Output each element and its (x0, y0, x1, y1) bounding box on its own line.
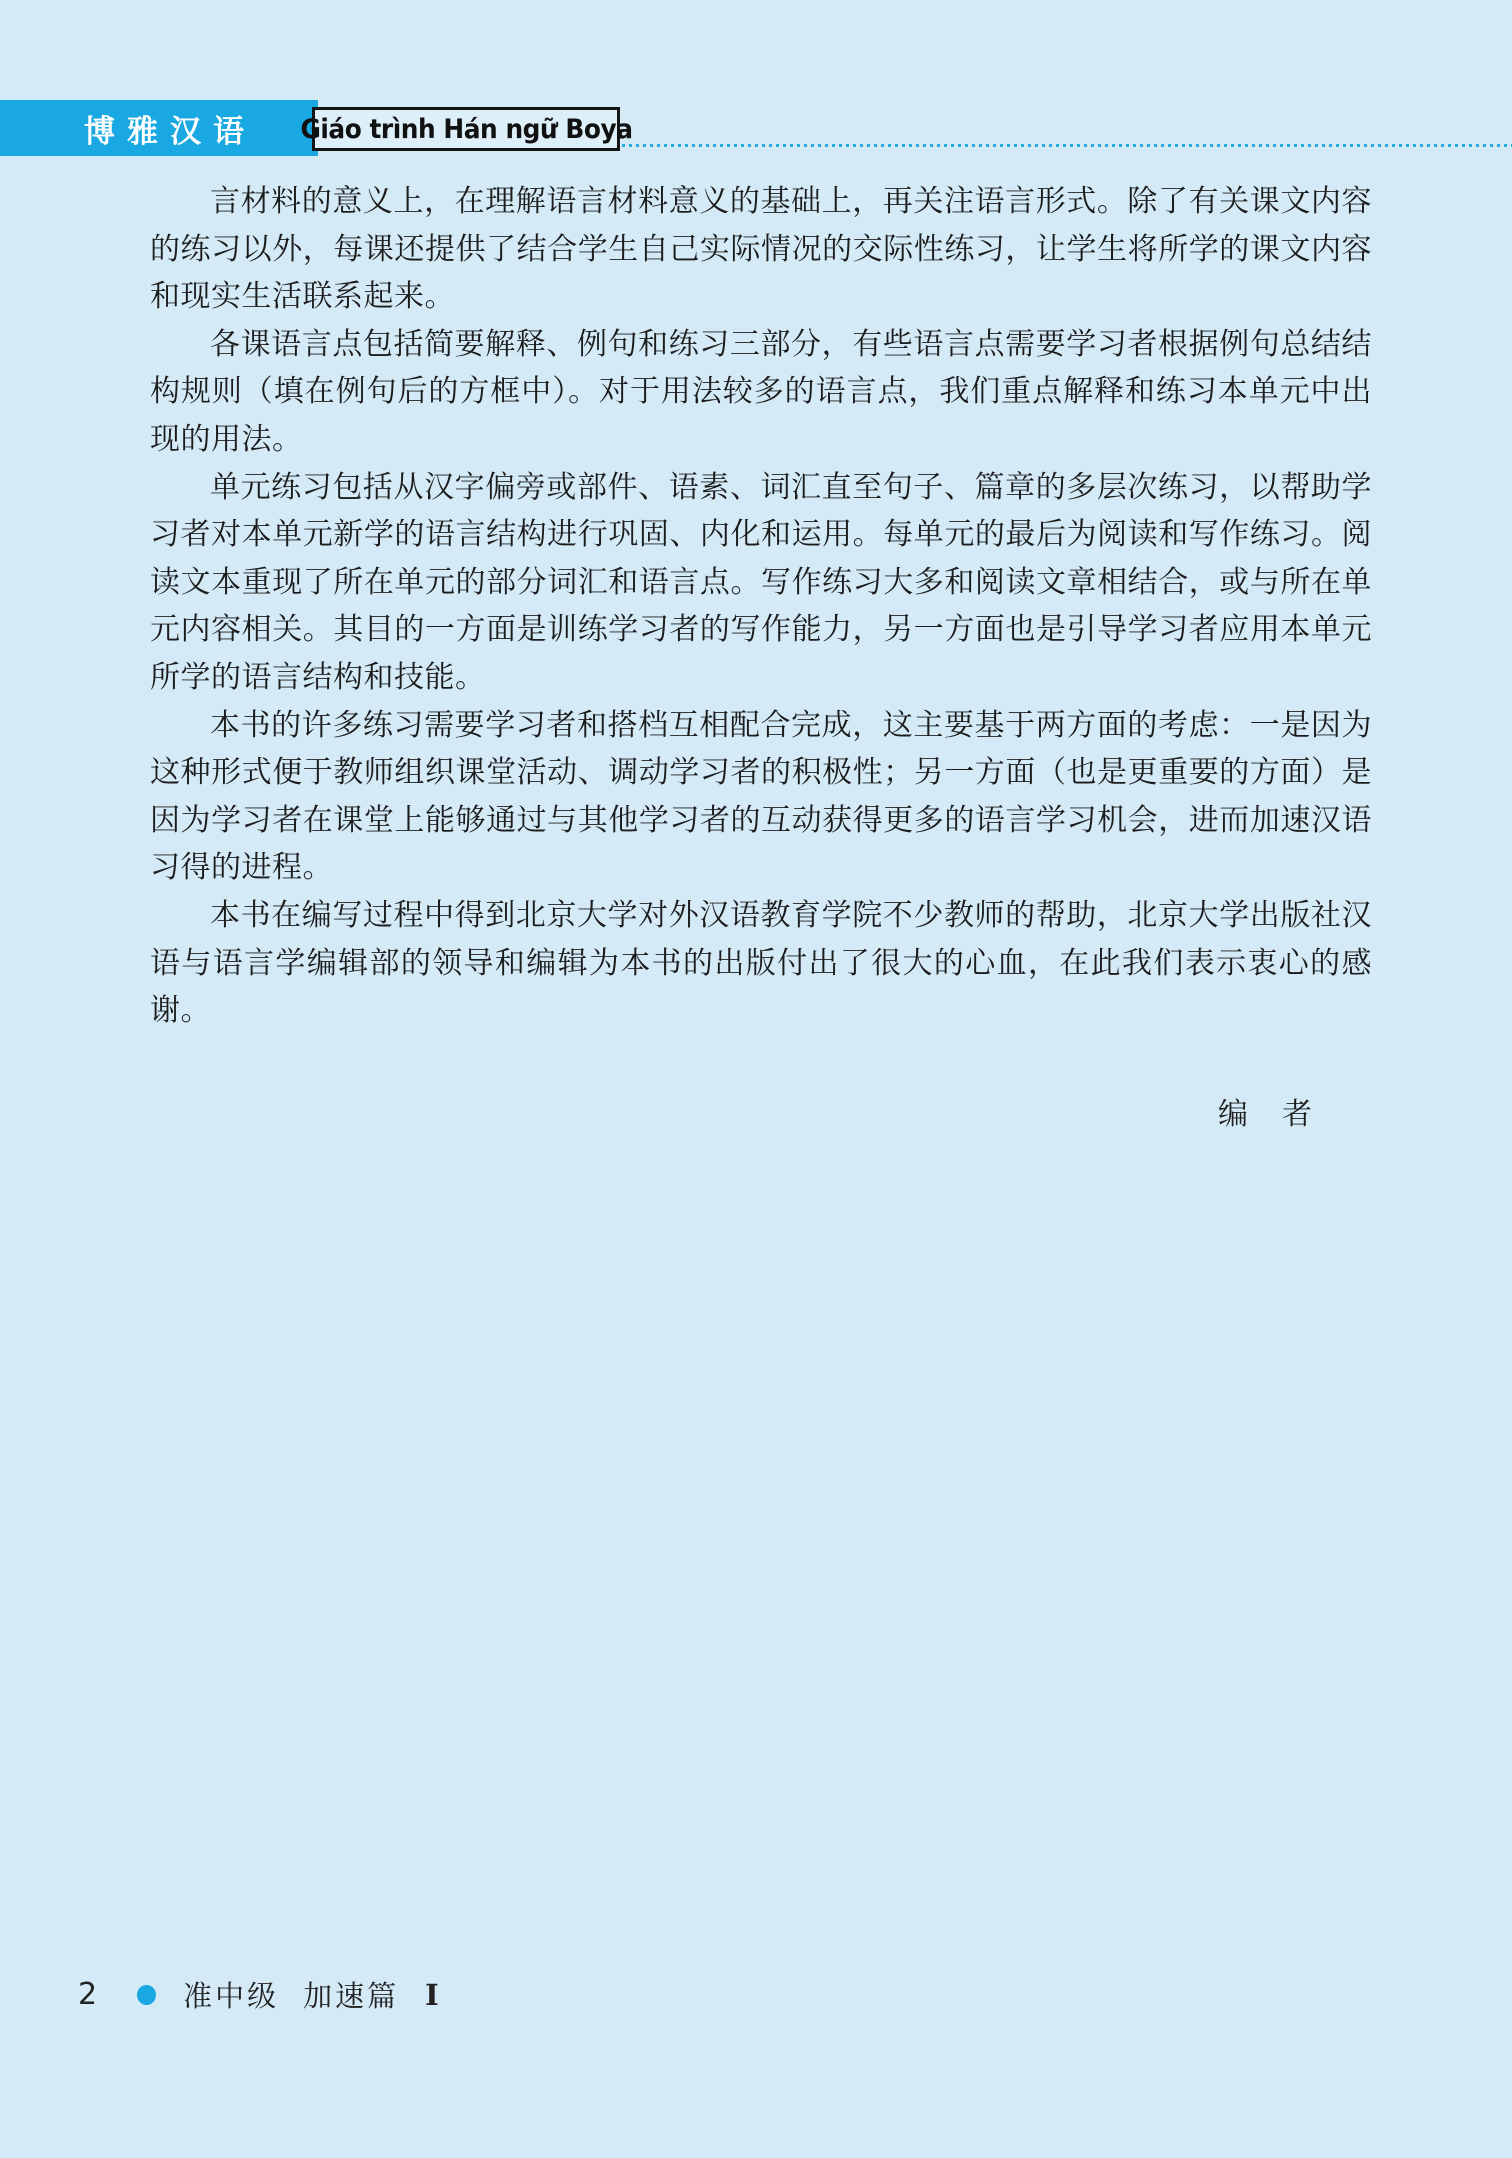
brand-label: 博雅汉语 (62, 106, 256, 151)
preface-paragraph: 单元练习包括从汉字偏旁或部件、语素、词汇直至句子、篇章的多层次练习，以帮助学习者… (150, 464, 1372, 702)
editor-signature: 编 者 (150, 1091, 1372, 1139)
preface-paragraph: 各课语言点包括简要解释、例句和练习三部分，有些语言点需要学习者根据例句总结结构规… (150, 321, 1372, 464)
bullet-dot-icon (137, 1985, 156, 2005)
series-title-box: Giáo trình Hán ngữ Boya (312, 107, 620, 151)
page-footer: 2 准中级 加速篇 I (78, 1974, 439, 2015)
preface-paragraph: 本书在编写过程中得到北京大学对外汉语教育学院不少教师的帮助，北京大学出版社汉语与… (150, 892, 1372, 1035)
volume-number-label: I (425, 1978, 439, 2012)
brand-band: 博雅汉语 (0, 100, 318, 156)
book-part-label: 加速篇 (303, 1974, 399, 2015)
preface-body: 言材料的意义上，在理解语言材料意义的基础上，再关注语言形式。除了有关课文内容的练… (150, 178, 1372, 1138)
series-title: Giáo trình Hán ngữ Boya (300, 114, 632, 145)
preface-paragraph: 本书的许多练习需要学习者和搭档互相配合完成，这主要基于两方面的考虑：一是因为这种… (150, 702, 1372, 892)
book-level-label: 准中级 (183, 1974, 279, 2015)
page-number: 2 (78, 1977, 97, 2012)
preface-paragraph: 言材料的意义上，在理解语言材料意义的基础上，再关注语言形式。除了有关课文内容的练… (150, 178, 1372, 321)
textbook-page: 博雅汉语 Giáo trình Hán ngữ Boya 言材料的意义上，在理解… (0, 0, 1512, 2158)
header-dotted-rule (622, 144, 1512, 147)
